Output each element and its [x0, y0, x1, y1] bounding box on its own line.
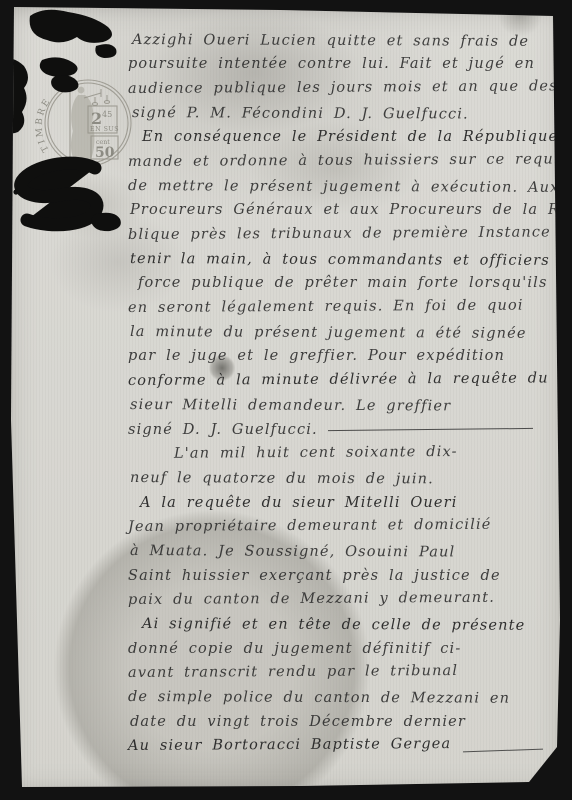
stamp-surcharge-box: 2 45 EN SUS: [88, 106, 119, 133]
revenue-stamp-icon: TIMBRE 2 45 EN SUS cent 50: [34, 80, 131, 166]
overlay-graphics: TIMBRE 2 45 EN SUS cent 50: [0, 0, 572, 800]
scanned-document: Azzighi Oueri Lucien quitte et sans frai…: [0, 0, 572, 800]
stamp-value-amount: 50: [95, 145, 115, 161]
stamp-surcharge-fraction: 45: [102, 110, 112, 119]
ink-blot-cluster: [0, 10, 121, 231]
stamp-value-box: cent 50: [91, 136, 118, 161]
paper-sheet: Azzighi Oueri Lucien quitte et sans frai…: [0, 0, 572, 800]
stamp-surcharge-label: EN SUS: [90, 126, 119, 133]
